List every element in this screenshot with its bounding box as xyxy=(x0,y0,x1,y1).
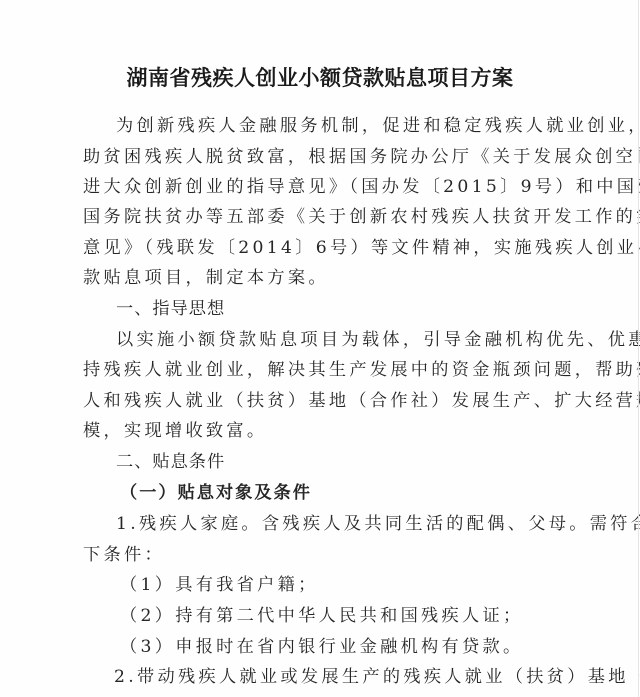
intro-line-6: 款贴息项目，制定本方案。 xyxy=(83,267,578,289)
item-1-line-1: 1.残疾人家庭。含残疾人及共同生活的配偶、父母。需符合以 xyxy=(116,513,611,535)
section-2-subheading: （一）贴息对象及条件 xyxy=(120,482,615,504)
page-edge-divider xyxy=(638,0,639,697)
condition-2: （2）持有第二代中华人民共和国残疾人证； xyxy=(120,605,615,627)
item-2-line-1: 2.带动残疾人就业或发展生产的残疾人就业（扶贫）基地（合 xyxy=(114,666,609,688)
section-1-line-1: 以实施小额贷款贴息项目为载体，引导金融机构优先、优惠支 xyxy=(116,329,611,351)
section-1-line-4: 模，实现增收致富。 xyxy=(83,420,578,442)
intro-line-2: 助贫困残疾人脱贫致富，根据国务院办公厅《关于发展众创空间推 xyxy=(83,146,578,168)
document-title: 湖南省残疾人创业小额贷款贴息项目方案 xyxy=(0,62,640,92)
intro-line-3: 进大众创新创业的指导意见》（国办发〔2015〕9号）和中国残联、 xyxy=(83,176,578,198)
item-1-line-2: 下条件： xyxy=(83,544,578,566)
condition-3: （3）申报时在省内银行业金融机构有贷款。 xyxy=(120,636,615,658)
intro-line-1: 为创新残疾人金融服务机制，促进和稳定残疾人就业创业，帮 xyxy=(116,115,611,137)
intro-line-4: 国务院扶贫办等五部委《关于创新农村残疾人扶贫开发工作的实施 xyxy=(83,206,578,228)
section-2-heading: 二、贴息条件 xyxy=(116,451,611,473)
condition-1: （1）具有我省户籍； xyxy=(120,574,615,596)
document-page: 湖南省残疾人创业小额贷款贴息项目方案 为创新残疾人金融服务机制，促进和稳定残疾人… xyxy=(0,0,640,697)
intro-line-5: 意见》（残联发〔2014〕6号）等文件精神，实施残疾人创业小额贷 xyxy=(83,237,578,259)
section-1-line-2: 持残疾人就业创业，解决其生产发展中的资金瓶颈问题，帮助残疾 xyxy=(83,359,578,381)
section-1-heading: 一、指导思想 xyxy=(116,298,611,320)
section-1-line-3: 人和残疾人就业（扶贫）基地（合作社）发展生产、扩大经营规 xyxy=(83,390,578,412)
